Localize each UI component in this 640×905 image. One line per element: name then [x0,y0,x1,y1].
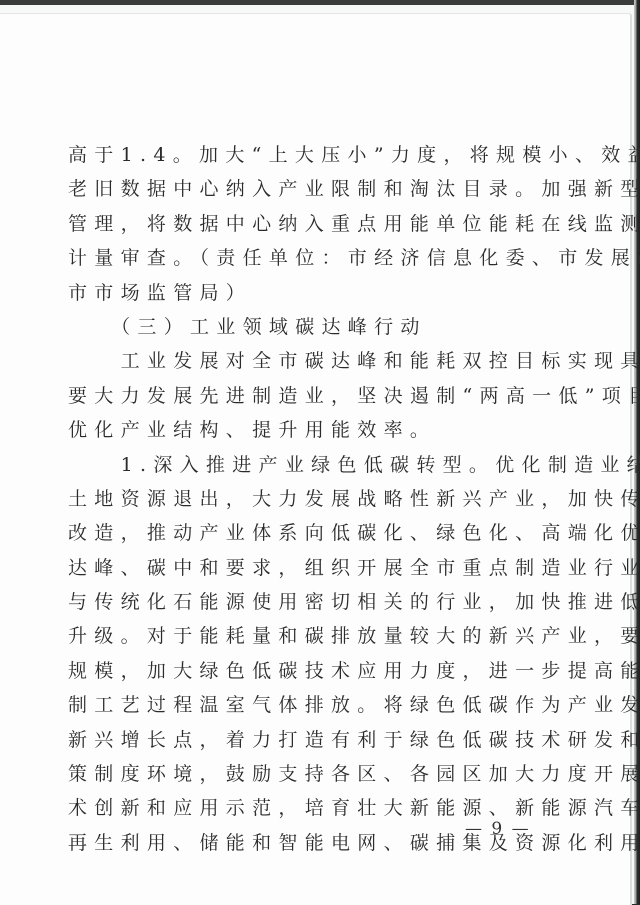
text-line: 策制度环境，鼓励支持各区、各园区加大力度开展绿色低碳循环技 [68,757,544,791]
text-line: 达峰、碳中和要求，组织开展全市重点制造业行业低碳评估，对于 [68,551,544,585]
text-line: 老旧数据中心纳入产业限制和淘汰目录。加强新型基础设施用能 [68,172,544,206]
subsection-line: 1.深入推进产业绿色低碳转型。优化制造业结构，推进低效 [68,448,544,482]
text-line: 市市场监管局） [68,276,544,310]
text-line: 工业发展对全市碳达峰和能耗双控目标实现具有重要影响。 [68,344,544,378]
text-line: 升级。对于能耗量和碳排放量较大的新兴产业，要合理控制发展 [68,619,544,653]
text-line: 制工艺过程温室气体排放。将绿色低碳作为产业发展重要方向和 [68,688,544,722]
scan-frame: 高于1.4。加大“上大压小”力度，将规模小、效益差、能耗高的小散 老旧数据中心纳… [0,0,640,904]
text-line: 新兴增长点，着力打造有利于绿色低碳技术研发和产业发展的政 [68,723,544,757]
text-line: 管理，将数据中心纳入重点用能单位能耗在线监测系统，开展能源 [68,207,544,241]
text-line: 土地资源退出，大力发展战略性新兴产业，加快传统产业绿色低碳 [68,482,544,516]
text-line: 计量审查。（责任单位：市经济信息化委、市发展改革委、市科委、 [68,241,544,275]
text-line: 要大力发展先进制造业，坚决遏制“两高一低”项目盲目发展，持续 [68,379,544,413]
scanner-top-edge [0,0,640,5]
text-line: 优化产业结构、提升用能效率。 [68,413,544,447]
document-body: 高于1.4。加大“上大压小”力度，将规模小、效益差、能耗高的小散 老旧数据中心纳… [68,138,544,860]
section-heading: （三）工业领域碳达峰行动 [68,310,544,344]
text-line: 规模，加大绿色低碳技术应用力度，进一步提高能效水平，严格控 [68,654,544,688]
text-line: 改造，推动产业体系向低碳化、绿色化、高端化优化升级。对照碳 [68,516,544,550]
page-number: — 9 — [465,819,531,839]
text-line: 与传统化石能源使用密切相关的行业，加快推进低碳转型和调整 [68,585,544,619]
text-line: 高于1.4。加大“上大压小”力度，将规模小、效益差、能耗高的小散 [68,138,544,172]
